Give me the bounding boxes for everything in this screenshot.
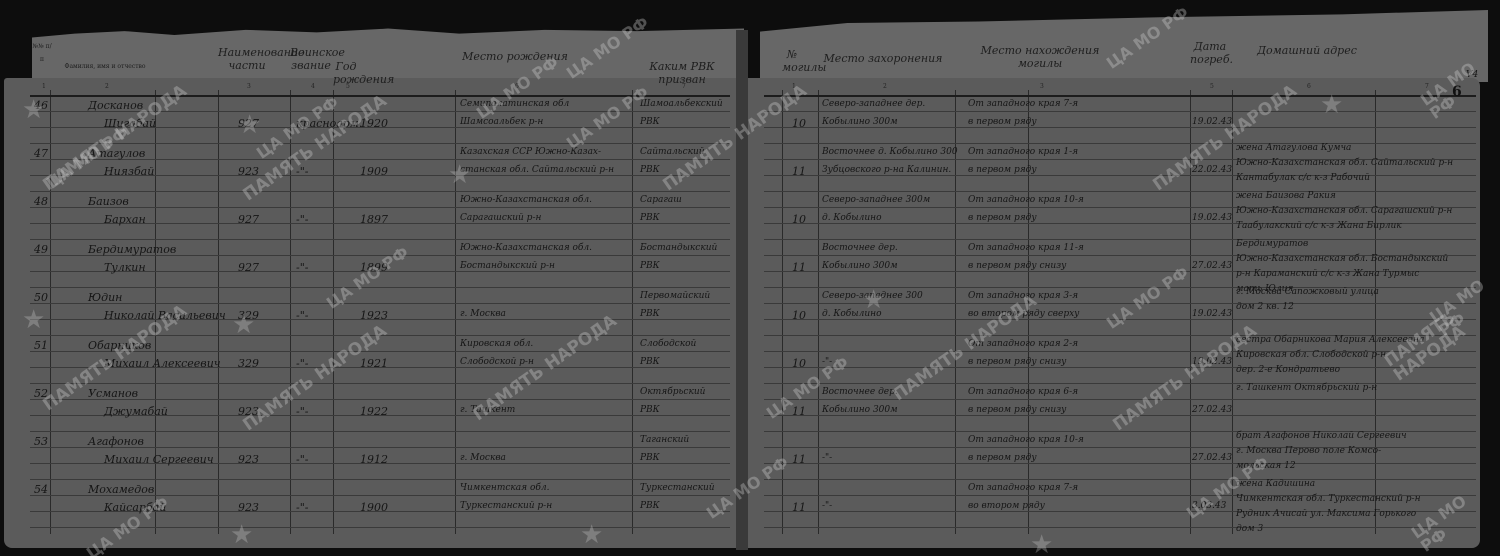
rank: -"- [296,357,309,370]
column-number: 1 [792,83,796,90]
rvk-line: РВК [640,453,660,463]
surname: Досканов [88,99,143,112]
home-address-line: дом 2 кв. 12 [1236,302,1294,312]
header-rule [764,95,1476,97]
rvk-line: РВК [640,213,660,223]
burial-date: 27.02.43 [1192,453,1232,463]
burial-place-line: Кобылино 300м [822,261,898,271]
burial-date: 19.02.43 [1192,357,1232,367]
burial-place-line: Северо-западнее 300м [822,195,930,205]
surname: Бердимуратов [88,243,176,256]
column-header-2: Фамилия, имя и отчество [60,60,150,73]
birthplace-line: Южно-Казахстанская обл. [460,243,592,253]
burial-place-line: Северо-западнее 300 [822,291,923,301]
birthplace-line: г. Ташкент [460,405,515,415]
home-address-line: Южно-Казахстанская обл. Сайтальский р-н [1236,158,1453,168]
grave-location-line: От западного края 1-я [968,147,1078,157]
rvk-line: РВК [640,117,660,127]
given-name: Бархан [104,213,146,226]
home-address-line: Кировская обл. Слободской р-н [1236,350,1386,360]
home-address-line: жена Баизова Ракия [1236,191,1336,201]
column-divider [333,90,334,534]
grave-number: 11 [792,261,806,274]
birthplace-line: Казахская ССР Южно-Казах- [460,147,601,157]
row-rule [30,287,730,288]
rank: -"- [296,261,309,274]
rvk-line: Бостандыкский [640,243,717,253]
grave-location-line: в первом ряду [968,453,1037,463]
home-address-line: сестра Обарникова Мария Алексеевна [1236,335,1424,345]
book-spine [736,30,748,550]
birthplace-line: Южно-Казахстанская обл. [460,195,592,205]
grave-number: 11 [792,165,806,178]
row-rule [30,191,730,192]
row-rule [764,239,1476,240]
rvk-line: РВК [640,357,660,367]
given-name: Михаил Алексеевич [104,357,221,370]
column-divider [632,90,633,534]
column-number: 4 [311,83,315,90]
corner-mark: V4 [1466,70,1478,80]
page-number: 6 [1452,84,1462,100]
column-header-2: Место захоронения [818,52,948,65]
burial-date: 19.02.43 [1192,213,1232,223]
row-rule [30,239,730,240]
home-address-line: Рудник Ачисай ул. Максима Горького [1236,509,1416,519]
unit: 923 [238,453,259,466]
grave-number: 10 [792,357,806,370]
column-divider [1375,90,1376,534]
birth-year: 1912 [360,453,388,466]
burial-place-line: Восточнее дер. [822,387,898,397]
unit: 927 [238,261,259,274]
row-rule [764,479,1476,480]
column-number: 2 [883,83,887,90]
home-address-line: дер. 2-е Кондратьево [1236,365,1340,375]
rank: -"- [296,213,309,226]
grave-location-line: От западного края 7-я [968,99,1078,109]
home-address-line: брат Агафонов Николай Сергеевич [1236,431,1407,441]
burial-date: 19.02.43 [1192,117,1232,127]
grave-location-line: От западного края 11-я [968,243,1084,253]
surname: Агафонов [88,435,144,448]
column-header-3: Наименование части [218,46,276,72]
column-divider [50,90,51,534]
burial-place-line: Восточнее д. Кобылино 300 [822,147,958,157]
record-number: 53 [34,435,48,448]
row-rule [764,527,1476,528]
row-rule [764,127,1476,128]
column-divider [455,90,456,534]
column-number: 6 [1307,83,1311,90]
row-rule [764,191,1476,192]
grave-location-line: От западного края 10-я [968,435,1084,445]
surname: Усманов [88,387,138,400]
given-name: Николай Васильевич [104,309,226,322]
row-rule [764,319,1476,320]
grave-number: 10 [792,213,806,226]
home-address-line: Кантабулак с/с к-з Рабочий [1236,173,1370,183]
record-number: 51 [34,339,48,352]
column-header-1: № могилы [782,48,802,74]
grave-location-line: в первом ряду снизу [968,261,1066,271]
row-rule [30,383,730,384]
burial-place-line: Северо-западнее дер. [822,99,925,109]
grave-location-line: От западного края 6-я [968,387,1078,397]
grave-location-line: в первом ряду [968,117,1037,127]
birthplace-line: Кировская обл. [460,339,533,349]
rvk-line: Сарагаш [640,195,682,205]
burial-place-line: -"- [822,453,832,463]
rvk-line: РВК [640,501,660,511]
birth-year: 1909 [360,165,388,178]
row-rule [30,431,730,432]
record-number: 47 [34,147,48,160]
column-header-3: Место нахождения могилы [960,44,1120,70]
grave-number: 11 [792,453,806,466]
birth-year: 1920 [360,117,388,130]
grave-location-line: От западного края 7-я [968,483,1078,493]
rvk-line: РВК [640,165,660,175]
rvk-line: Шамоальбекский [640,99,723,109]
row-rule [764,111,1476,112]
surname: Обарников [88,339,151,352]
rank: красноарм. [296,117,362,130]
given-name: Джумабай [104,405,168,418]
birth-year: 1900 [360,501,388,514]
column-number: 1 [42,83,46,90]
surname: Атагулов [88,147,145,160]
birthplace-line: станская обл. Сайтальский р-н [460,165,614,175]
column-header-4: Воинское звание [290,46,332,72]
birthplace-line: Сарагашский р-н [460,213,541,223]
burial-place-line: д. Кобылино [822,309,882,319]
burial-date: 27.02.43 [1192,405,1232,415]
row-rule [30,207,730,208]
column-number: 6 [515,83,519,90]
grave-location-line: От западного края 2-я [968,339,1078,349]
burial-place-line: -"- [822,501,832,511]
grave-location-line: во втором ряду [968,501,1045,511]
row-rule [764,463,1476,464]
burial-date: 19.02.43 [1192,309,1232,319]
column-number: 3 [1040,83,1044,90]
unit: 329 [238,357,259,370]
grave-location-line: в первом ряду [968,213,1037,223]
grave-number: 11 [792,501,806,514]
record-number: 50 [34,291,48,304]
grave-location-line: во втором ряду сверху [968,309,1079,319]
burial-place-line: д. Кобылино [822,213,882,223]
column-number: 7 [1425,83,1429,90]
column-header-5: Дата погреб. [1190,40,1230,66]
birth-year: 1922 [360,405,388,418]
surname: Юдин [88,291,122,304]
home-address-line: Таабулакский с/с к-з Жана Бирлик [1236,221,1402,231]
grave-number: 10 [792,309,806,322]
row-rule [764,399,1476,400]
rank: -"- [296,309,309,322]
rvk-line: Туркестанский [640,483,715,493]
grave-location-line: в первом ряду снизу [968,357,1066,367]
home-address-line: жена Кадишина [1236,479,1315,489]
row-rule [30,479,730,480]
birthplace-line: Шамсоальбек р-н [460,117,543,127]
rvk-line: Сайтальский [640,147,705,157]
birthplace-line: г. Москва [460,309,506,319]
rvk-line: РВК [640,261,660,271]
birth-year: 1921 [360,357,388,370]
rank: -"- [296,501,309,514]
column-number: 2 [105,83,109,90]
burial-place-line: Кобылино 300м [822,117,898,127]
home-address-line: г. Ташкент Октябрьский р-н [1236,383,1377,393]
burial-date: 22.02.43 [1192,165,1232,175]
column-number: 5 [346,83,350,90]
home-address-line: Бердимуратов [1236,239,1308,249]
home-address-line: мольская 12 [1236,461,1296,471]
grave-number: 11 [792,405,806,418]
surname: Мохамедов [88,483,154,496]
rvk-line: Таганский [640,435,689,445]
column-divider [290,90,291,534]
row-rule [30,303,730,304]
home-address-line: г. Москва Перово поле Комсо- [1236,446,1381,456]
record-number: 48 [34,195,48,208]
grave-location-line: От западного края 3-я [968,291,1078,301]
birthplace-line: Слободской р-н [460,357,534,367]
burial-place-line: Кобылино 300м [822,405,898,415]
column-number: 7 [682,83,686,90]
row-rule [764,143,1476,144]
column-header-6: Домашний адрес [1232,44,1382,57]
record-number: 52 [34,387,48,400]
column-divider [782,90,783,534]
home-address-line: г. Москва Сапожковый улица [1236,287,1379,297]
given-name: Кайсарбай [104,501,166,514]
home-address-line: Южно-Казахстанская обл. Сарагашский р-н [1236,206,1452,216]
burial-date: 27.02.43 [1192,261,1232,271]
home-address-line: Чимкентская обл. Туркестанский р-н [1236,494,1421,504]
column-header-1: №№ п/п [32,40,52,66]
birth-year: 1923 [360,309,388,322]
row-rule [764,415,1476,416]
home-address-line: дом 3 [1236,524,1263,534]
column-divider [818,90,819,534]
column-divider [1232,90,1233,534]
given-name: Ниязбай [104,165,154,178]
burial-date: 3.03.43 [1192,501,1226,511]
unit: 923 [238,405,259,418]
birth-year: 1897 [360,213,388,226]
row-rule [764,367,1476,368]
burial-place-line: Восточнее дер. [822,243,898,253]
record-number: 46 [34,99,48,112]
row-rule [30,143,730,144]
grave-location-line: в первом ряду [968,165,1037,175]
header-rule [30,95,730,97]
birthplace-line: г. Москва [460,453,506,463]
home-address-line: Южно-Казахстанская обл. Бостандыкский [1236,254,1448,264]
rvk-line: РВК [640,309,660,319]
rvk-line: Октябрьский [640,387,705,397]
record-number: 54 [34,483,48,496]
column-number: 3 [247,83,251,90]
home-address-line: жена Атагулова Кумча [1236,143,1351,153]
rvk-line: РВК [640,405,660,415]
rvk-line: Первомайский [640,291,710,301]
birthplace-line: Чимкентская обл. [460,483,549,493]
unit: 923 [238,165,259,178]
given-name: Тулкин [104,261,146,274]
grave-location-line: От западного края 10-я [968,195,1084,205]
unit: 927 [238,117,259,130]
record-number: 49 [34,243,48,256]
grave-location-line: в первом ряду снизу [968,405,1066,415]
burial-place-line: -"- [822,357,832,367]
rank: -"- [296,165,309,178]
given-name: Шигабай [104,117,156,130]
column-header-6: Место рождения [455,50,575,63]
grave-number: 10 [792,117,806,130]
birthplace-line: Бостандыкский р-н [460,261,555,271]
row-rule [30,527,730,528]
unit: 923 [238,501,259,514]
burial-place-line: Зубцовского р-на Калинин. [822,165,951,175]
rank: -"- [296,405,309,418]
given-name: Михаил Сергеевич [104,453,214,466]
row-rule [30,335,730,336]
unit: 329 [238,309,259,322]
rvk-line: Слободской [640,339,696,349]
home-address-line: р-н Караманский с/с к-з Жана Турмыс [1236,269,1419,279]
birthplace-line: Семипалатинская обл [460,99,569,109]
column-divider [1190,90,1191,534]
row-rule [764,303,1476,304]
birth-year: 1899 [360,261,388,274]
rank: -"- [296,453,309,466]
column-number: 5 [1210,83,1214,90]
birthplace-line: Туркестанский р-н [460,501,552,511]
surname: Баизов [88,195,129,208]
unit: 927 [238,213,259,226]
